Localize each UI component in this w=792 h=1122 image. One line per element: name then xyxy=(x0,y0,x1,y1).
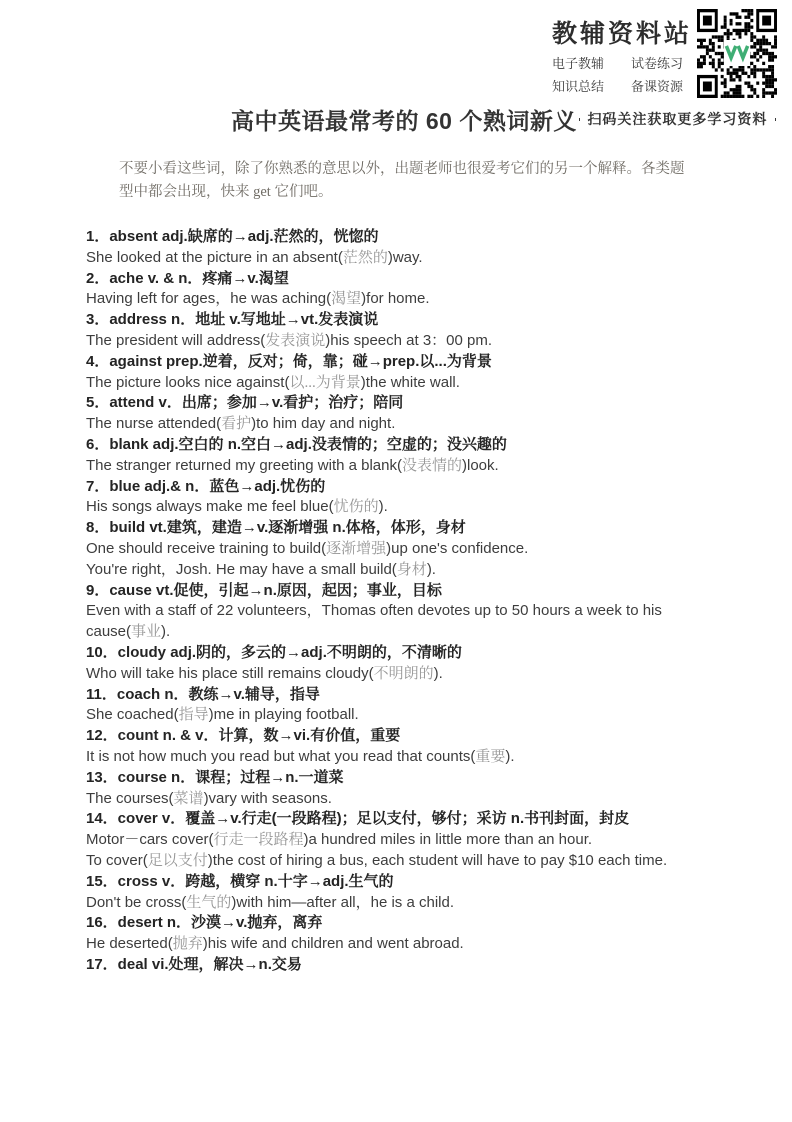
gloss-text: 以...为背景 xyxy=(289,375,360,391)
intro-paragraph: 不要小看这些词，除了你熟悉的意思以外，出题老师也很爱考它们的另一个解释。各类题型… xyxy=(119,158,694,204)
item-headword: 15．cross v．跨越，横穿 n.十字→adj.生气的 xyxy=(86,872,676,893)
brand-title: 教辅资料站 xyxy=(549,14,695,50)
item-example-sentence: Even with a staff of 22 volunteers，Thoma… xyxy=(86,601,676,643)
list-item: 3．address n．地址 v.写地址→vt.发表演说The presiden… xyxy=(86,310,676,352)
gloss-text: 指导 xyxy=(179,707,209,723)
gloss-text: 抛弃 xyxy=(173,936,203,952)
dash-line xyxy=(775,118,776,121)
item-example-sentence: The courses(菜谱)vary with seasons. xyxy=(86,789,676,810)
gloss-text: 逐渐增强 xyxy=(326,541,386,557)
gloss-text: 看护 xyxy=(221,416,251,432)
item-headword: 3．address n．地址 v.写地址→vt.发表演说 xyxy=(86,310,676,331)
item-example-sentence: The picture looks nice against(以...为背景)t… xyxy=(86,373,676,394)
item-example-sentence: Don't be cross(生气的)with him—after all，he… xyxy=(86,893,676,914)
gloss-text: 忧伤的 xyxy=(334,499,379,515)
item-headword: 5．attend v．出席；参加→v.看护；治疗；陪同 xyxy=(86,393,676,414)
list-item: 7．blue adj.& n．蓝色→adj.忧伤的His songs alway… xyxy=(86,477,676,519)
gloss-text: 茫然的 xyxy=(343,250,388,266)
gloss-text: 身材 xyxy=(397,562,427,578)
word-list: 1．absent adj.缺席的→adj.茫然的，恍惚的She looked a… xyxy=(86,227,676,976)
item-headword: 10．cloudy adj.阴的，多云的→adj.不明朗的，不清晰的 xyxy=(86,643,676,664)
item-headword: 11．coach n．教练→v.辅导，指导 xyxy=(86,685,676,706)
item-headword: 13．course n．课程；过程→n.一道菜 xyxy=(86,768,676,789)
item-headword: 12．count n. & v．计算，数→vi.有价值，重要 xyxy=(86,726,676,747)
item-example-sentence: Who will take his place still remains cl… xyxy=(86,664,676,685)
item-example-sentence: One should receive training to build(逐渐增… xyxy=(86,539,676,560)
list-item: 6．blank adj.空白的 n.空白→adj.没表情的；空虚的；没兴趣的Th… xyxy=(86,435,676,477)
item-headword: 1．absent adj.缺席的→adj.茫然的，恍惚的 xyxy=(86,227,676,248)
list-item: 15．cross v．跨越，横穿 n.十字→adj.生气的Don't be cr… xyxy=(86,872,676,914)
item-example-sentence: The president will address(发表演说)his spee… xyxy=(86,331,676,352)
list-item: 13．course n．课程；过程→n.一道菜The courses(菜谱)va… xyxy=(86,768,676,810)
item-headword: 7．blue adj.& n．蓝色→adj.忧伤的 xyxy=(86,477,676,498)
gloss-text: 重要 xyxy=(475,749,505,765)
gloss-text: 发表演说 xyxy=(265,333,325,349)
list-item: 10．cloudy adj.阴的，多云的→adj.不明朗的，不清晰的Who wi… xyxy=(86,643,676,685)
page-title: 高中英语最常考的 60 个熟词新义 xyxy=(231,103,577,136)
qr-code xyxy=(697,9,777,98)
page-title-row: 高中英语最常考的 60 个熟词新义 扫码关注获取更多学习资料 xyxy=(231,99,776,139)
list-item: 9．cause vt.促使，引起→n.原因，起因；事业，目标Even with … xyxy=(86,581,676,643)
item-example-sentence: He deserted(抛弃)his wife and children and… xyxy=(86,934,676,955)
gloss-text: 不明朗的 xyxy=(374,666,434,682)
list-item: 2．ache v. & n．疼痛→v.渴望Having left for age… xyxy=(86,269,676,311)
item-example-sentence: The nurse attended(看护)to him day and nig… xyxy=(86,414,676,435)
item-headword: 4．against prep.逆着，反对；倚，靠；碰→prep.以...为背景 xyxy=(86,352,676,373)
item-example-sentence: To cover(足以支付)the cost of hiring a bus, … xyxy=(86,851,676,872)
gloss-text: 事业 xyxy=(131,624,161,640)
brand-link-summaries: 知识总结 xyxy=(552,76,615,95)
brand-link-papers: 试卷练习 xyxy=(631,53,694,72)
gloss-text: 没表情的 xyxy=(402,458,462,474)
sprout-icon xyxy=(724,40,750,66)
list-item: 16．desert n．沙漠→v.抛弃，离弃He deserted(抛弃)his… xyxy=(86,913,676,955)
qr-center-logo-icon xyxy=(724,40,750,66)
item-example-sentence: Motor－cars cover(行走一段路程)a hundred miles … xyxy=(86,830,676,851)
gloss-text: 足以支付 xyxy=(148,853,208,869)
item-headword: 9．cause vt.促使，引起→n.原因，起因；事业，目标 xyxy=(86,581,676,602)
item-headword: 2．ache v. & n．疼痛→v.渴望 xyxy=(86,269,676,290)
list-item: 1．absent adj.缺席的→adj.茫然的，恍惚的She looked a… xyxy=(86,227,676,269)
item-headword: 16．desert n．沙漠→v.抛弃，离弃 xyxy=(86,913,676,934)
list-item: 8．build vt.建筑，建造→v.逐渐增强 n.体格，体形，身材One sh… xyxy=(86,518,676,580)
dash-line xyxy=(579,118,580,121)
item-example-sentence: You're right，Josh. He may have a small b… xyxy=(86,560,676,581)
item-example-sentence: His songs always make me feel blue(忧伤的). xyxy=(86,497,676,518)
document-page: 教辅资料站 电子教辅 试卷练习 知识总结 备课资源 高中英语最常考的 60 个熟… xyxy=(0,0,792,1122)
item-example-sentence: The stranger returned my greeting with a… xyxy=(86,456,676,477)
gloss-text: 生气的 xyxy=(186,895,231,911)
item-headword: 17．deal vi.处理，解决→n.交易 xyxy=(86,955,676,976)
item-headword: 8．build vt.建筑，建造→v.逐渐增强 n.体格，体形，身材 xyxy=(86,518,676,539)
item-example-sentence: She looked at the picture in an absent(茫… xyxy=(86,248,676,269)
page-subtitle: 扫码关注获取更多学习资料 xyxy=(587,109,767,129)
item-example-sentence: She coached(指导)me in playing football. xyxy=(86,705,676,726)
list-item: 11．coach n．教练→v.辅导，指导She coached(指导)me i… xyxy=(86,685,676,727)
list-item: 14．cover v．覆盖→v.行走(一段路程)；足以支付，够付；采访 n.书刊… xyxy=(86,809,676,871)
item-example-sentence: Having left for ages，he was aching(渴望)fo… xyxy=(86,289,676,310)
gloss-text: 渴望 xyxy=(331,291,361,307)
brand-link-resources: 备课资源 xyxy=(631,76,694,95)
gloss-text: 菜谱 xyxy=(174,791,204,807)
item-headword: 6．blank adj.空白的 n.空白→adj.没表情的；空虚的；没兴趣的 xyxy=(86,435,676,456)
item-headword: 14．cover v．覆盖→v.行走(一段路程)；足以支付，够付；采访 n.书刊… xyxy=(86,809,676,830)
list-item: 5．attend v．出席；参加→v.看护；治疗；陪同The nurse att… xyxy=(86,393,676,435)
list-item: 17．deal vi.处理，解决→n.交易 xyxy=(86,955,676,976)
brand-links: 电子教辅 试卷练习 知识总结 备课资源 xyxy=(552,53,694,95)
list-item: 4．against prep.逆着，反对；倚，靠；碰→prep.以...为背景T… xyxy=(86,352,676,394)
gloss-text: 行走一段路程 xyxy=(214,832,304,848)
brand-link-ebooks: 电子教辅 xyxy=(552,53,615,72)
list-item: 12．count n. & v．计算，数→vi.有价值，重要It is not … xyxy=(86,726,676,768)
item-example-sentence: It is not how much you read but what you… xyxy=(86,747,676,768)
